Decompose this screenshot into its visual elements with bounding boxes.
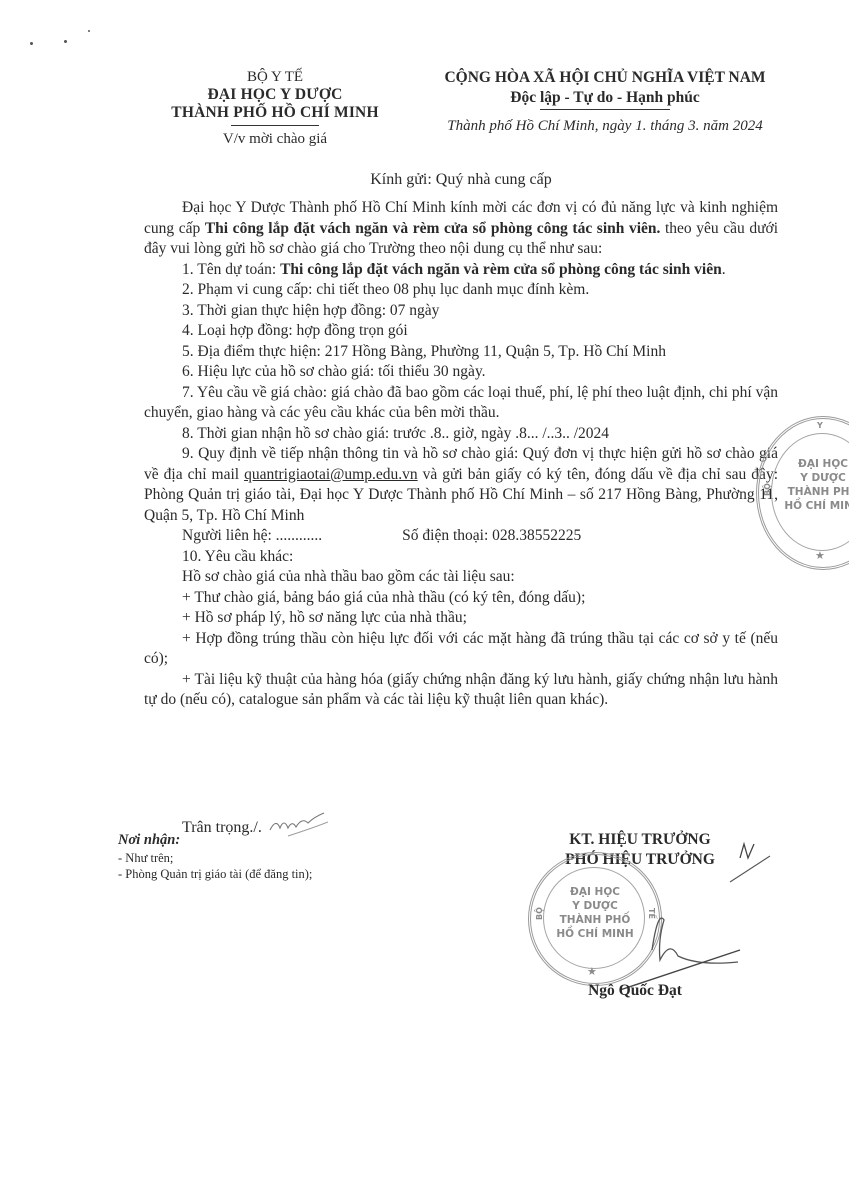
item-7: 7. Yêu cầu về giá chào: giá chào đã bao … — [144, 383, 778, 424]
national-header: CỘNG HÒA XÃ HỘI CHỦ NGHĨA VIỆT NAM Độc l… — [420, 68, 790, 136]
contact-email-link[interactable]: quantrigiaotai@ump.edu.vn — [244, 466, 418, 483]
stamp-text: HỒ CHÍ MINH — [759, 499, 849, 513]
item-2: 2. Phạm vi cung cấp: chi tiết theo 08 ph… — [144, 280, 778, 301]
letter-body: Đại học Y Dược Thành phố Hồ Chí Minh kín… — [144, 198, 778, 711]
stamp-text: THÀNH PHỐ — [759, 485, 849, 499]
closing-text: Trân trọng./. — [182, 819, 262, 836]
closing: Trân trọng./. — [182, 812, 328, 838]
requirement-4: + Tài liệu kỹ thuật của hàng hóa (giấy c… — [144, 670, 778, 711]
stamp-rim-text: BỘ — [763, 483, 772, 496]
header-divider — [231, 125, 319, 126]
recipient-item: - Như trên; — [118, 851, 173, 866]
item-9: 9. Quy định về tiếp nhận thông tin và hồ… — [144, 444, 778, 526]
requirement-2: + Hồ sơ pháp lý, hồ sơ năng lực của nhà … — [144, 608, 778, 629]
stamp-rim-text: BỘ — [535, 907, 544, 920]
national-title: CỘNG HÒA XÃ HỘI CHỦ NGHĨA VIỆT NAM — [420, 68, 790, 88]
national-motto: Độc lập - Tự do - Hạnh phúc — [420, 88, 790, 108]
stamp-text: Y DƯỢC — [759, 471, 849, 485]
signature-scribble-icon — [600, 830, 790, 1000]
stamp-text: ĐẠI HỌC — [759, 457, 849, 471]
contact-phone: Số điện thoại: 028.38552225 — [402, 527, 581, 544]
item-10-intro: Hồ sơ chào giá của nhà thầu bao gồm các … — [144, 567, 778, 588]
scan-speck — [88, 30, 90, 32]
intro-project-name: Thi công lắp đặt vách ngăn và rèm cửa sổ… — [205, 220, 661, 237]
scan-speck — [64, 40, 67, 43]
place-date: Thành phố Hồ Chí Minh, ngày 1. tháng 3. … — [420, 116, 790, 136]
item-4: 4. Loại hợp đồng: hợp đồng trọn gói — [144, 321, 778, 342]
university-name-line1: ĐẠI HỌC Y DƯỢC — [150, 86, 400, 104]
initials-scribble-icon — [268, 812, 328, 838]
item-1-project-name: Thi công lắp đặt vách ngăn và rèm cửa sổ… — [280, 261, 722, 278]
stamp-rim-text: Y — [817, 421, 823, 430]
requirement-3: + Hợp đồng trúng thầu còn hiệu lực đối v… — [144, 629, 778, 670]
item-5: 5. Địa điểm thực hiện: 217 Hồng Bàng, Ph… — [144, 342, 778, 363]
subject-line: V/v mời chào giá — [150, 130, 400, 148]
requirement-1: + Thư chào giá, bảng báo giá của nhà thầ… — [144, 588, 778, 609]
item-1-end: . — [722, 261, 726, 278]
item-8: 8. Thời gian nhận hồ sơ chào giá: trước … — [144, 424, 778, 445]
item-3: 3. Thời gian thực hiện hợp đồng: 07 ngày — [144, 301, 778, 322]
signer-name: Ngô Quốc Đạt — [560, 982, 710, 1000]
recipients-title: Nơi nhận: — [118, 832, 180, 849]
intro-paragraph: Đại học Y Dược Thành phố Hồ Chí Minh kín… — [144, 198, 778, 260]
item-6: 6. Hiệu lực của hồ sơ chào giá: tối thiể… — [144, 362, 778, 383]
star-icon: ★ — [587, 965, 597, 978]
greeting: Kính gửi: Quý nhà cung cấp — [144, 171, 778, 189]
scan-speck — [30, 42, 33, 45]
item-10: 10. Yêu cầu khác: — [144, 547, 778, 568]
ministry-name: BỘ Y TẾ — [150, 68, 400, 86]
motto-divider — [540, 109, 670, 110]
item-1-label: 1. Tên dự toán: — [182, 261, 280, 278]
contact-line: Người liên hệ: ............Số điện thoại… — [144, 526, 778, 547]
contact-person: Người liên hệ: ............ — [182, 527, 322, 544]
item-1: 1. Tên dự toán: Thi công lắp đặt vách ng… — [144, 260, 778, 281]
recipient-item: - Phòng Quản trị giáo tài (để đăng tin); — [118, 867, 312, 882]
issuer-header: BỘ Y TẾ ĐẠI HỌC Y DƯỢC THÀNH PHỐ HỒ CHÍ … — [150, 68, 400, 148]
university-name-line2: THÀNH PHỐ HỒ CHÍ MINH — [150, 104, 400, 122]
star-icon: ★ — [815, 549, 825, 562]
